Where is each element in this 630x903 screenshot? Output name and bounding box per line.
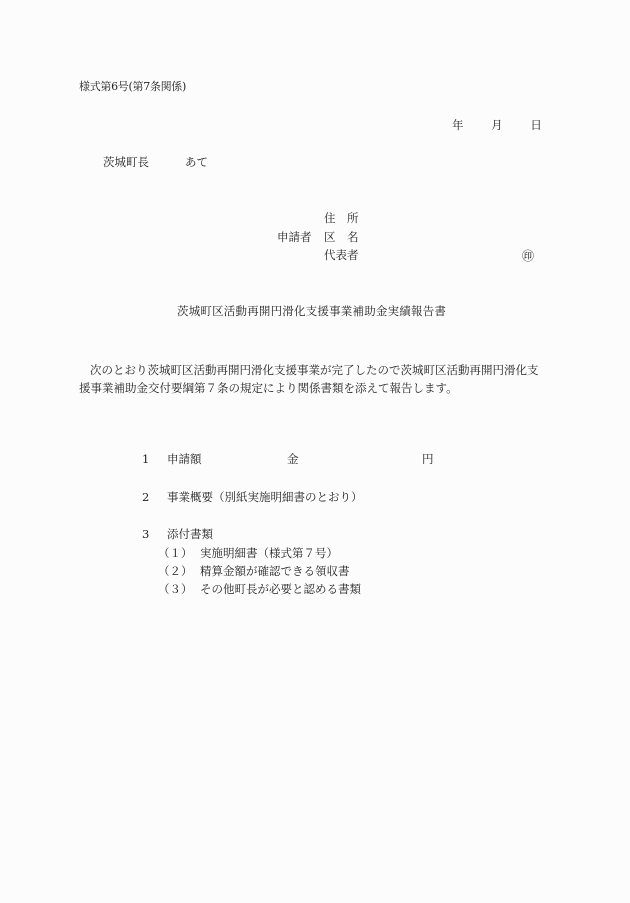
applicant-label: 申請者 — [277, 232, 312, 244]
body-paragraph: 次のとおり茨城町区活動再開円滑化支援事業が完了したので茨城町区活動再開円滑化支援… — [79, 361, 549, 397]
addressee-suffix: あて — [185, 155, 208, 169]
month-label: 月 — [491, 120, 503, 132]
item-number: 1 — [142, 452, 149, 466]
item-2: 2 事業概要（別紙実施明細書のとおり） — [142, 492, 362, 504]
amount-prefix: 金 — [287, 454, 299, 466]
item-label: 申請額 — [167, 452, 202, 466]
sub-item-number: （３） — [158, 584, 193, 596]
item-number: 2 — [142, 490, 149, 504]
sub-item-text: 精算金額が確認できる領収書 — [200, 566, 350, 578]
sub-item-text: その他町長が必要と認める書類 — [200, 584, 361, 596]
address-label: 住 所 — [324, 213, 359, 225]
item-3: 3 添付書類 — [142, 529, 213, 541]
form-number: 様式第6号(第7条関係) — [79, 81, 186, 92]
amount-suffix: 円 — [422, 454, 434, 466]
representative-label: 代表者 — [324, 250, 359, 262]
item-1: 1 申請額 — [142, 454, 201, 466]
sub-item-number: （２） — [158, 566, 193, 578]
document-title: 茨城町区活動再開円滑化支援事業補助金実績報告書 — [177, 306, 446, 318]
year-label: 年 — [452, 120, 464, 132]
day-label: 日 — [530, 120, 542, 132]
item-number: 3 — [142, 527, 149, 541]
sub-item-number: （１） — [158, 548, 193, 560]
item-label: 添付書類 — [167, 527, 213, 541]
sub-item-text: 実施明細書（様式第７号） — [200, 548, 338, 560]
addressee: 茨城町長あて — [103, 157, 208, 169]
date-line: 年 月 日 — [452, 120, 542, 132]
seal-mark: ㊞ — [522, 250, 534, 262]
addressee-name: 茨城町長 — [103, 155, 149, 169]
district-label: 区 名 — [324, 232, 359, 244]
item-label: 事業概要（別紙実施明細書のとおり） — [167, 490, 363, 504]
